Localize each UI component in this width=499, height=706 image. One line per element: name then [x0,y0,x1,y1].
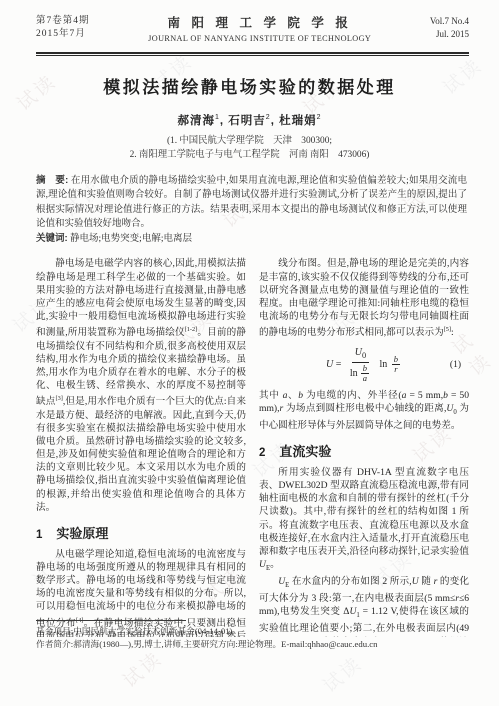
inner-fraction-ba: b a [361,364,369,383]
watermark-text: 试读 [116,644,167,693]
volume-date: Jul. 2015 [430,28,469,41]
equation-1: U = U0 ln b a ln [259,347,469,383]
keywords-text: 静电场;电势突变;电解;电离层 [70,234,192,244]
authors-byline: 郝清海1, 石明吉2, 杜瑞娟2 [0,112,499,128]
inner-fraction-br: b r [392,355,400,374]
journal-header: 第7卷第4期 2015年7月 南 阳 理 工 学 院 学 报 JOURNAL O… [0,0,499,45]
section-2-number: 2 [259,447,265,459]
volume-number: Vol.7 No.4 [430,15,469,28]
keywords: 关键词: 静电场;电势突变;电解;电离层 [36,232,467,246]
issue-info: 第7卷第4期 2015年7月 [36,15,90,41]
watermark-text: 试读 [316,649,367,698]
fraction-numerator: U0 [352,347,369,363]
author-bio-line: 作者简介:郝清海(1980—),男,博士,讲师,主要研究方向:理论物理。E-ma… [36,638,471,651]
body-columns: 静电场是电磁学内容的核心,因此,用模拟法描绘静电场是理工科学生必做的一个基础实验… [36,257,469,637]
affiliation-line-1: (1. 中国民航大学理学院 天津 300300; [0,135,499,149]
parameters-paragraph: 其中 a、b 为电缆的内、外半径(a = 5 mm,b = 50 mm),r 为… [259,389,469,432]
issue-number: 第7卷第4期 [36,15,90,28]
footnote-divider [36,620,186,621]
affiliations: (1. 中国民航大学理学院 天津 300300; 2. 南阳理工学院电子与电气工… [0,135,499,162]
theory-paragraph: 线分布图。但是,静电场的理论是完美的,内容是丰富的,该实验不仅仅能得到等势线的分… [259,257,469,339]
section-1-number: 1 [36,529,42,541]
issue-date: 2015年7月 [36,28,90,41]
volume-info: Vol.7 No.4 Jul. 2015 [430,15,469,41]
footnote-area: 基金项目:中国民航大学实验技术创新基金(04-14-01) 作者简介:郝清海(1… [36,620,471,650]
equation-number: (1) [450,360,461,370]
fund-project-line: 基金项目:中国民航大学实验技术创新基金(04-14-01) [36,625,471,638]
left-column: 静电场是电磁学内容的核心,因此,用模拟法描绘静电场是理工科学生必做的一个基础实验… [36,257,246,637]
apparatus-paragraph: 所用实验仪器有 DHV-1A 型直流数字电压表、DWEL302D 型双路直流稳压… [259,466,469,575]
abstract: 摘 要: 在用水做电介质的静电场描绘实验中,如果用直流电源,理论值和实验值偏差较… [36,174,467,231]
page-title: 模拟法描绘静电场实验的数据处理 [0,73,499,98]
fraction-denominator: ln b a [347,363,374,383]
equation-body: U = U0 ln b a ln [326,359,402,370]
journal-name-cn: 南 阳 理 工 学 院 学 报 [90,16,430,30]
affiliation-line-2: 2. 南阳理工学院电子与电气工程学院 河南 南阳 473006) [0,149,499,163]
journal-name: 南 阳 理 工 学 院 学 报 JOURNAL OF NANYANG INSTI… [90,15,430,45]
section-2-title: 直流实验 [279,444,331,459]
equation-main-fraction: U0 ln b a [347,347,374,383]
journal-name-en: JOURNAL OF NANYANG INSTITUTE OF TECHNOLO… [90,32,430,45]
equation-lhs: U [326,359,333,370]
keywords-label: 关键词: [36,233,68,244]
abstract-label: 摘 要: [36,175,68,186]
paper-page: 试读 试读 试读 试读 试读 试读 试读 试读 试读 试读 试读 试读 试读 试… [0,0,499,706]
header-divider [36,52,469,56]
section-2-heading: 2直流实验 [259,441,469,460]
equation-equals: = [336,359,342,370]
section-1-heading: 1实验原理 [36,523,246,542]
abstract-text: 在用水做电介质的静电场描绘实验中,如果用直流电源,理论值和实验值偏差较大;如果用… [36,176,467,229]
intro-paragraph: 静电场是电磁学内容的核心,因此,用模拟法描绘静电场是理工科学生必做的一个基础实验… [36,257,246,513]
page-content: 第7卷第4期 2015年7月 南 阳 理 工 学 院 学 报 JOURNAL O… [0,0,499,637]
equation-ln2: ln [379,359,387,370]
section-1-title: 实验原理 [56,526,108,541]
right-column: 线分布图。但是,静电场的理论是完美的,内容是丰富的,该实验不仅仅能得到等势线的分… [259,257,469,637]
